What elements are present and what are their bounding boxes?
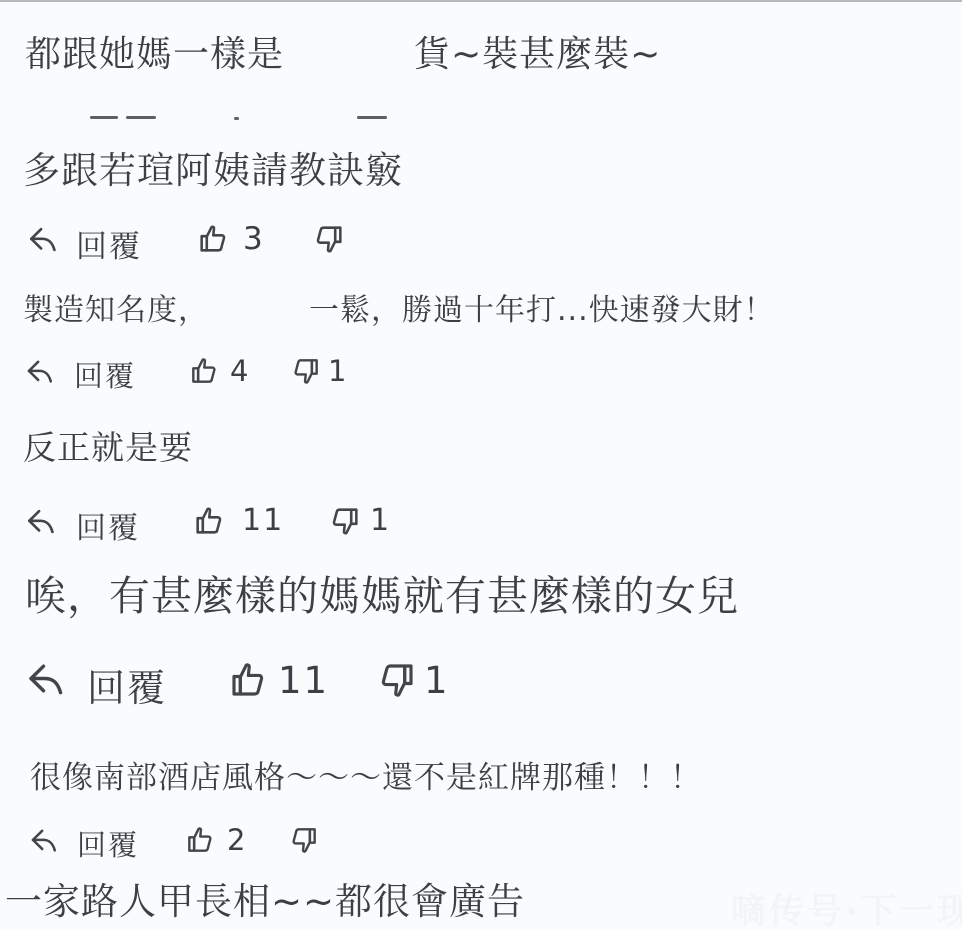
like-count: 11: [242, 503, 284, 538]
redacted-text-mark: [90, 116, 118, 119]
comment-section: 都跟她媽一樣是貨~裝甚麼裝~ 多跟若瑄阿姨請教訣竅 回覆 3 製造知名度，一鬆: [0, 0, 962, 930]
dislike-count: 1: [370, 503, 391, 538]
like-count: 11: [278, 659, 329, 702]
comment-text-part: 都跟她媽一樣是: [25, 34, 284, 75]
thumbs-up-icon[interactable]: [227, 659, 269, 701]
reply-icon[interactable]: [23, 355, 57, 389]
thumbs-up-icon[interactable]: [184, 824, 216, 856]
comment-text-part: 一鬆，勝過十年打...快速發大財！: [309, 293, 775, 328]
reply-button[interactable]: 回覆: [87, 657, 167, 712]
reply-icon[interactable]: [23, 657, 69, 703]
comment-text-part: 唉，有甚麼樣的媽媽就有甚麼樣的女兒: [25, 572, 739, 620]
reply-icon[interactable]: [25, 222, 61, 258]
comment-text-part: 貨~裝甚麼裝~: [414, 34, 661, 75]
comment-action-row: 回覆 4 1: [0, 353, 962, 405]
comment-text: 反正就是要: [23, 422, 193, 469]
thumbs-down-icon[interactable]: [312, 222, 346, 256]
censored-gap: [284, 65, 414, 66]
thumbs-up-icon[interactable]: [192, 504, 226, 538]
redacted-text-mark: [357, 116, 387, 119]
thumbs-down-icon[interactable]: [376, 659, 418, 701]
comment-text: 唉，有甚麼樣的媽媽就有甚麼樣的女兒: [25, 563, 739, 622]
comment-text: 都跟她媽一樣是貨~裝甚麼裝~: [25, 26, 661, 77]
comment-text: 多跟若瑄阿姨請教訣竅: [23, 140, 403, 194]
dislike-count: 1: [424, 659, 450, 702]
reply-button[interactable]: 回覆: [74, 354, 136, 395]
like-count: 3: [243, 221, 265, 257]
watermark: 嘀传号·下一现场: [731, 884, 962, 930]
comment-text: 很像南部酒店風格～～～還不是紅牌那種！！！: [30, 752, 702, 797]
reply-icon[interactable]: [27, 824, 61, 858]
censored-gap: [209, 319, 309, 320]
comment-action-row: 回覆 11 1: [0, 502, 962, 554]
thumbs-down-icon[interactable]: [328, 504, 362, 538]
reply-icon[interactable]: [23, 504, 59, 540]
reply-button[interactable]: 回覆: [77, 823, 139, 864]
redacted-text-mark: [234, 117, 239, 120]
comment-text: 一家路人甲長相~~都很會廣告: [5, 871, 525, 925]
redacted-text-mark: [126, 116, 156, 119]
thumbs-up-icon[interactable]: [196, 222, 230, 256]
comment-action-row: 回覆 3: [0, 220, 962, 272]
thumbs-down-icon[interactable]: [288, 824, 320, 856]
comment-action-row: 回覆 2: [0, 822, 962, 874]
comment-text-part: 反正就是要: [23, 428, 193, 467]
comment-text: 製造知名度，一鬆，勝過十年打...快速發大財！: [23, 285, 775, 329]
thumbs-down-icon[interactable]: [290, 355, 322, 387]
reply-button[interactable]: 回覆: [76, 503, 140, 547]
cropped-top-edge-line: [0, 0, 962, 2]
reply-button[interactable]: 回覆: [76, 221, 142, 266]
comment-action-row: 回覆 11 1: [0, 655, 962, 715]
like-count: 2: [227, 823, 247, 857]
comment-text-part: 一家路人甲長相~~都很會廣告: [5, 880, 525, 923]
dislike-count: 1: [328, 354, 348, 388]
comment-text-part: 多跟若瑄阿姨請教訣竅: [23, 149, 403, 192]
comment-text-part: 很像南部酒店風格～～～還不是紅牌那種！！！: [30, 760, 702, 796]
like-count: 4: [230, 354, 250, 388]
comment-text-part: 製造知名度，: [23, 293, 209, 328]
thumbs-up-icon[interactable]: [188, 355, 220, 387]
